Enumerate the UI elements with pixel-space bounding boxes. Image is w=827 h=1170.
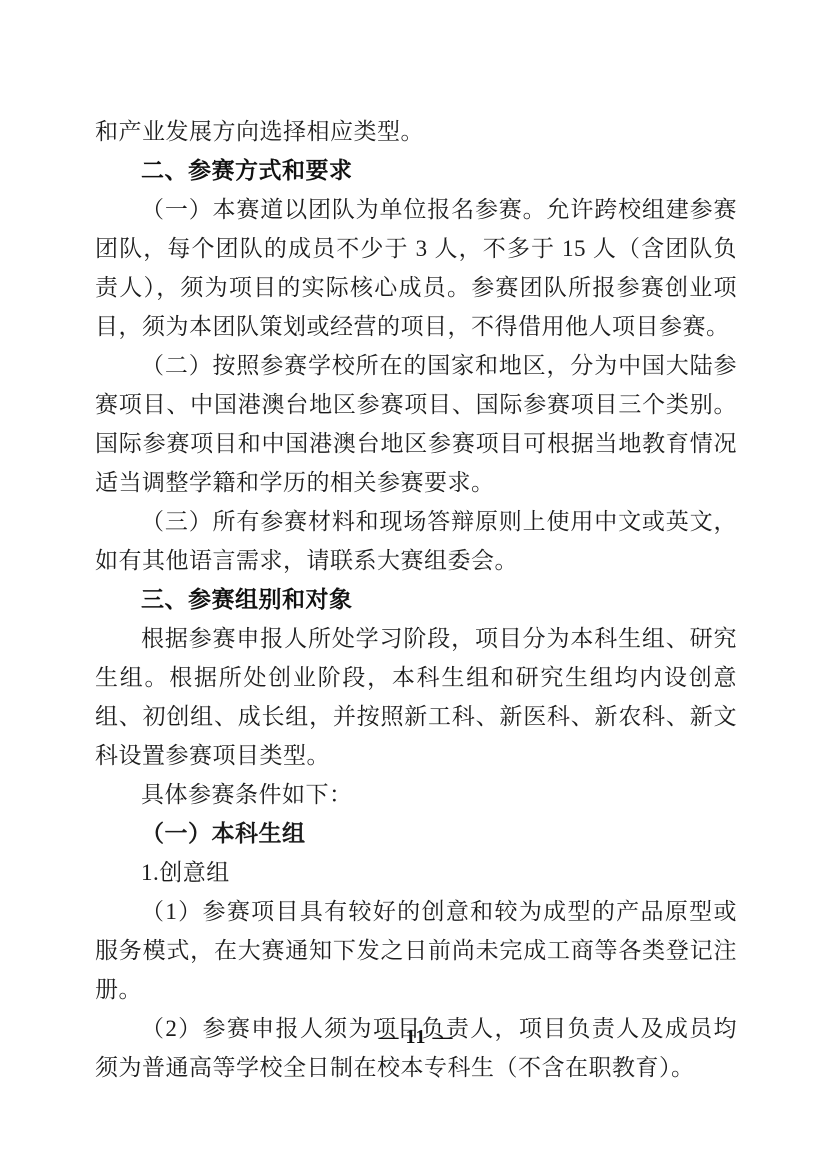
paragraph-condition-1: （1）参赛项目具有较好的创意和较为成型的产品原型或服务模式，在大赛通知下发之日前… [95, 892, 737, 1009]
section-heading-2: 二、参赛方式和要求 [95, 151, 737, 190]
paragraph-item-2: （二）按照参赛学校所在的国家和地区，分为中国大陆参赛项目、中国港澳台地区参赛项目… [95, 346, 737, 502]
paragraph-idea-group: 1.创意组 [95, 853, 737, 892]
section-heading-3: 三、参赛组别和对象 [95, 580, 737, 619]
subsection-heading-undergraduate: （一）本科生组 [95, 814, 737, 853]
paragraph-conditions-intro: 具体参赛条件如下： [95, 775, 737, 814]
paragraph-continued: 和产业发展方向选择相应类型。 [95, 112, 737, 151]
document-body: 和产业发展方向选择相应类型。 二、参赛方式和要求 （一）本赛道以团队为单位报名参… [95, 112, 737, 1087]
paragraph-item-1: （一）本赛道以团队为单位报名参赛。允许跨校组建参赛团队，每个团队的成员不少于 3… [95, 190, 737, 346]
document-page: 和产业发展方向选择相应类型。 二、参赛方式和要求 （一）本赛道以团队为单位报名参… [0, 0, 827, 1170]
paragraph-groups: 根据参赛申报人所处学习阶段，项目分为本科生组、研究生组。根据所处创业阶段，本科生… [95, 619, 737, 775]
page-number: — 11 — [95, 1026, 737, 1049]
paragraph-item-3: （三）所有参赛材料和现场答辩原则上使用中文或英文，如有其他语言需求，请联系大赛组… [95, 502, 737, 580]
